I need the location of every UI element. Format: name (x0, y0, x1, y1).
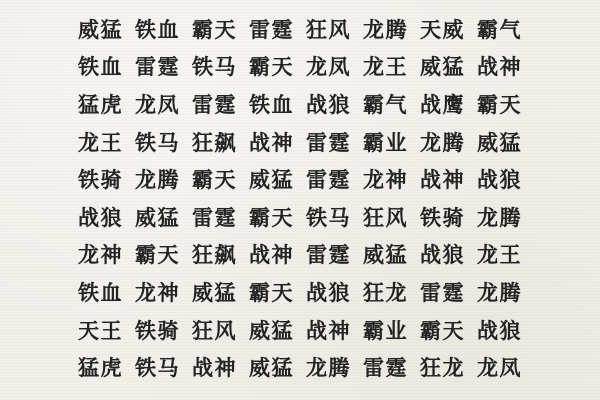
name-word: 铁血 (249, 89, 294, 119)
name-row: 天王铁骑狂风威猛战神霸业霸天战狼 (0, 311, 600, 349)
name-word: 龙凤 (477, 352, 522, 382)
name-word: 龙王 (363, 51, 408, 81)
name-word: 铁血 (78, 51, 123, 81)
name-word: 战神 (192, 352, 237, 382)
name-word: 龙神 (135, 277, 180, 307)
name-row: 威猛铁血霸天雷霆狂风龙腾天威霸气 (0, 10, 600, 48)
name-word: 霸天 (192, 14, 237, 44)
name-word: 霸业 (363, 127, 408, 157)
name-word: 龙凤 (306, 51, 351, 81)
name-word: 雷霆 (249, 14, 294, 44)
name-word: 战狼 (420, 239, 465, 269)
name-word: 威猛 (192, 277, 237, 307)
name-word: 雷霆 (420, 277, 465, 307)
name-row: 战狼威猛雷霆霸天铁马狂风铁骑龙腾 (0, 198, 600, 236)
name-word: 龙王 (477, 239, 522, 269)
name-row: 铁骑龙腾霸天威猛雷霆龙神战神战狼 (0, 160, 600, 198)
name-word: 战狼 (306, 277, 351, 307)
name-word: 战神 (306, 315, 351, 345)
name-word: 龙腾 (363, 14, 408, 44)
name-word: 战神 (249, 127, 294, 157)
name-word: 铁血 (78, 277, 123, 307)
name-word: 霸天 (420, 315, 465, 345)
name-word: 威猛 (477, 127, 522, 157)
name-word: 铁骑 (78, 164, 123, 194)
name-word: 战狼 (477, 315, 522, 345)
name-word: 雷霆 (363, 352, 408, 382)
name-row: 铁血雷霆铁马霸天龙凤龙王威猛战神 (0, 48, 600, 86)
name-word: 霸气 (363, 89, 408, 119)
name-word: 雷霆 (192, 89, 237, 119)
name-word: 威猛 (78, 14, 123, 44)
name-word: 猛虎 (78, 89, 123, 119)
name-word: 威猛 (249, 164, 294, 194)
name-word: 霸天 (249, 51, 294, 81)
name-word: 龙腾 (477, 277, 522, 307)
name-word: 战神 (477, 51, 522, 81)
name-word: 雷霆 (192, 202, 237, 232)
name-word: 狂风 (192, 315, 237, 345)
name-word: 威猛 (249, 315, 294, 345)
name-word: 龙腾 (477, 202, 522, 232)
name-word: 狂风 (306, 14, 351, 44)
name-word: 霸天 (477, 89, 522, 119)
name-word: 雷霆 (306, 164, 351, 194)
name-word: 霸天 (135, 239, 180, 269)
name-word: 龙神 (363, 164, 408, 194)
name-word: 铁骑 (135, 315, 180, 345)
name-word: 威猛 (249, 352, 294, 382)
name-word: 战鹰 (420, 89, 465, 119)
name-row: 龙王铁马狂飙战神雷霆霸业龙腾威猛 (0, 123, 600, 161)
name-word: 天王 (78, 315, 123, 345)
name-word: 狂飙 (192, 239, 237, 269)
name-word: 狂飙 (192, 127, 237, 157)
name-word: 雷霆 (306, 239, 351, 269)
name-word: 霸气 (477, 14, 522, 44)
name-word: 威猛 (420, 51, 465, 81)
name-word: 铁马 (192, 51, 237, 81)
name-row: 猛虎龙凤雷霆铁血战狼霸气战鹰霸天 (0, 85, 600, 123)
name-word: 雷霆 (135, 51, 180, 81)
name-word: 天威 (420, 14, 465, 44)
name-word: 霸天 (192, 164, 237, 194)
name-word: 龙凤 (135, 89, 180, 119)
name-word: 铁血 (135, 14, 180, 44)
name-word: 龙腾 (306, 352, 351, 382)
name-word: 战狼 (477, 164, 522, 194)
name-word: 狂风 (363, 202, 408, 232)
paper-page: 威猛铁血霸天雷霆狂风龙腾天威霸气铁血雷霆铁马霸天龙凤龙王威猛战神猛虎龙凤雷霆铁血… (0, 0, 600, 400)
name-row: 猛虎铁马战神威猛龙腾雷霆狂龙龙凤 (0, 348, 600, 386)
name-row: 龙神霸天狂飙战神雷霆威猛战狼龙王 (0, 236, 600, 274)
name-word: 战神 (420, 164, 465, 194)
name-word: 威猛 (135, 202, 180, 232)
name-word: 龙腾 (135, 164, 180, 194)
name-word: 铁马 (135, 127, 180, 157)
name-word: 龙腾 (420, 127, 465, 157)
name-word: 狂龙 (420, 352, 465, 382)
name-word: 龙神 (78, 239, 123, 269)
name-word: 猛虎 (78, 352, 123, 382)
name-word: 雷霆 (306, 127, 351, 157)
name-grid: 威猛铁血霸天雷霆狂风龙腾天威霸气铁血雷霆铁马霸天龙凤龙王威猛战神猛虎龙凤雷霆铁血… (0, 10, 600, 386)
name-word: 铁骑 (420, 202, 465, 232)
name-word: 霸业 (363, 315, 408, 345)
name-word: 霸天 (249, 202, 294, 232)
name-row: 铁血龙神威猛霸天战狼狂龙雷霆龙腾 (0, 273, 600, 311)
name-word: 战狼 (78, 202, 123, 232)
name-word: 铁马 (135, 352, 180, 382)
name-word: 龙王 (78, 127, 123, 157)
name-word: 霸天 (249, 277, 294, 307)
name-word: 铁马 (306, 202, 351, 232)
name-word: 战狼 (306, 89, 351, 119)
name-word: 战神 (249, 239, 294, 269)
name-word: 威猛 (363, 239, 408, 269)
name-word: 狂龙 (363, 277, 408, 307)
